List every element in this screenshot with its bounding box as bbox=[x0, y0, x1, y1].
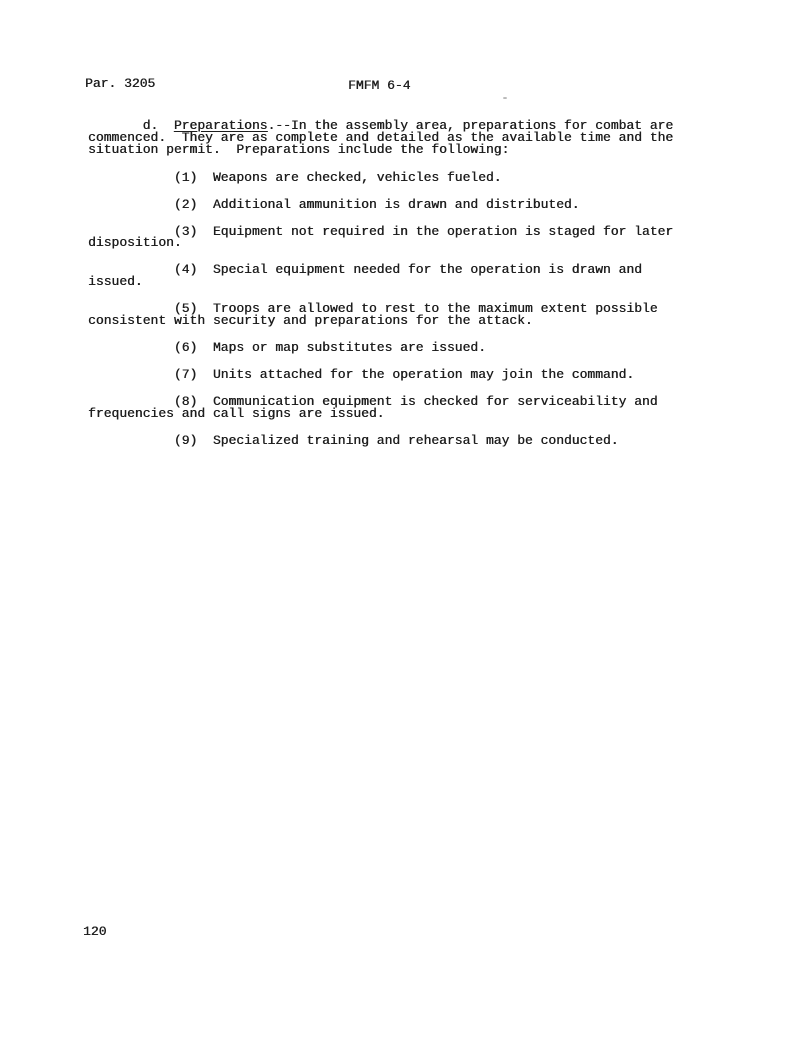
list-item-3-line-1: (3) Equipment not required in the operat… bbox=[88, 226, 728, 238]
list-item-9-line-1: (9) Specialized training and rehearsal m… bbox=[88, 435, 728, 447]
paragraph-d-line-3: situation permit. Preparations include t… bbox=[88, 144, 728, 156]
list-item-1-line-1: (1) Weapons are checked, vehicles fueled… bbox=[88, 172, 728, 184]
list-item-1: (1) Weapons are checked, vehicles fueled… bbox=[88, 172, 728, 184]
scan-artifact-dot bbox=[503, 97, 507, 99]
list-item-7: (7) Units attached for the operation may… bbox=[88, 369, 728, 381]
list-item-2: (2) Additional ammunition is drawn and d… bbox=[88, 199, 728, 211]
list-item-8-line-2: frequencies and call signs are issued. bbox=[88, 408, 728, 420]
list-item-8: (8) Communication equipment is checked f… bbox=[88, 396, 728, 420]
list-item-6: (6) Maps or map substitutes are issued. bbox=[88, 342, 728, 354]
paragraph-reference: Par. 3205 bbox=[85, 76, 155, 91]
document-title: FMFM 6-4 bbox=[348, 78, 410, 93]
list-item-5-line-2: consistent with security and preparation… bbox=[88, 315, 728, 327]
list-item-4-line-2: issued. bbox=[88, 276, 728, 288]
page-number: 120 bbox=[83, 924, 106, 939]
list-item-3-line-2: disposition. bbox=[88, 237, 728, 249]
list-item-7-line-1: (7) Units attached for the operation may… bbox=[88, 369, 728, 381]
paragraph-d: d. Preparations.--In the assembly area, … bbox=[88, 120, 728, 156]
list-item-4-line-1: (4) Special equipment needed for the ope… bbox=[88, 264, 728, 276]
list-item-2-line-1: (2) Additional ammunition is drawn and d… bbox=[88, 199, 728, 211]
document-page: Par. 3205 FMFM 6-4 d. Preparations.--In … bbox=[0, 0, 806, 1045]
list-item-9: (9) Specialized training and rehearsal m… bbox=[88, 435, 728, 447]
list-item-6-line-1: (6) Maps or map substitutes are issued. bbox=[88, 342, 728, 354]
document-body: d. Preparations.--In the assembly area, … bbox=[88, 120, 728, 462]
list-item-5: (5) Troops are allowed to rest to the ma… bbox=[88, 303, 728, 327]
list-item-3: (3) Equipment not required in the operat… bbox=[88, 226, 728, 250]
list-item-4: (4) Special equipment needed for the ope… bbox=[88, 264, 728, 288]
